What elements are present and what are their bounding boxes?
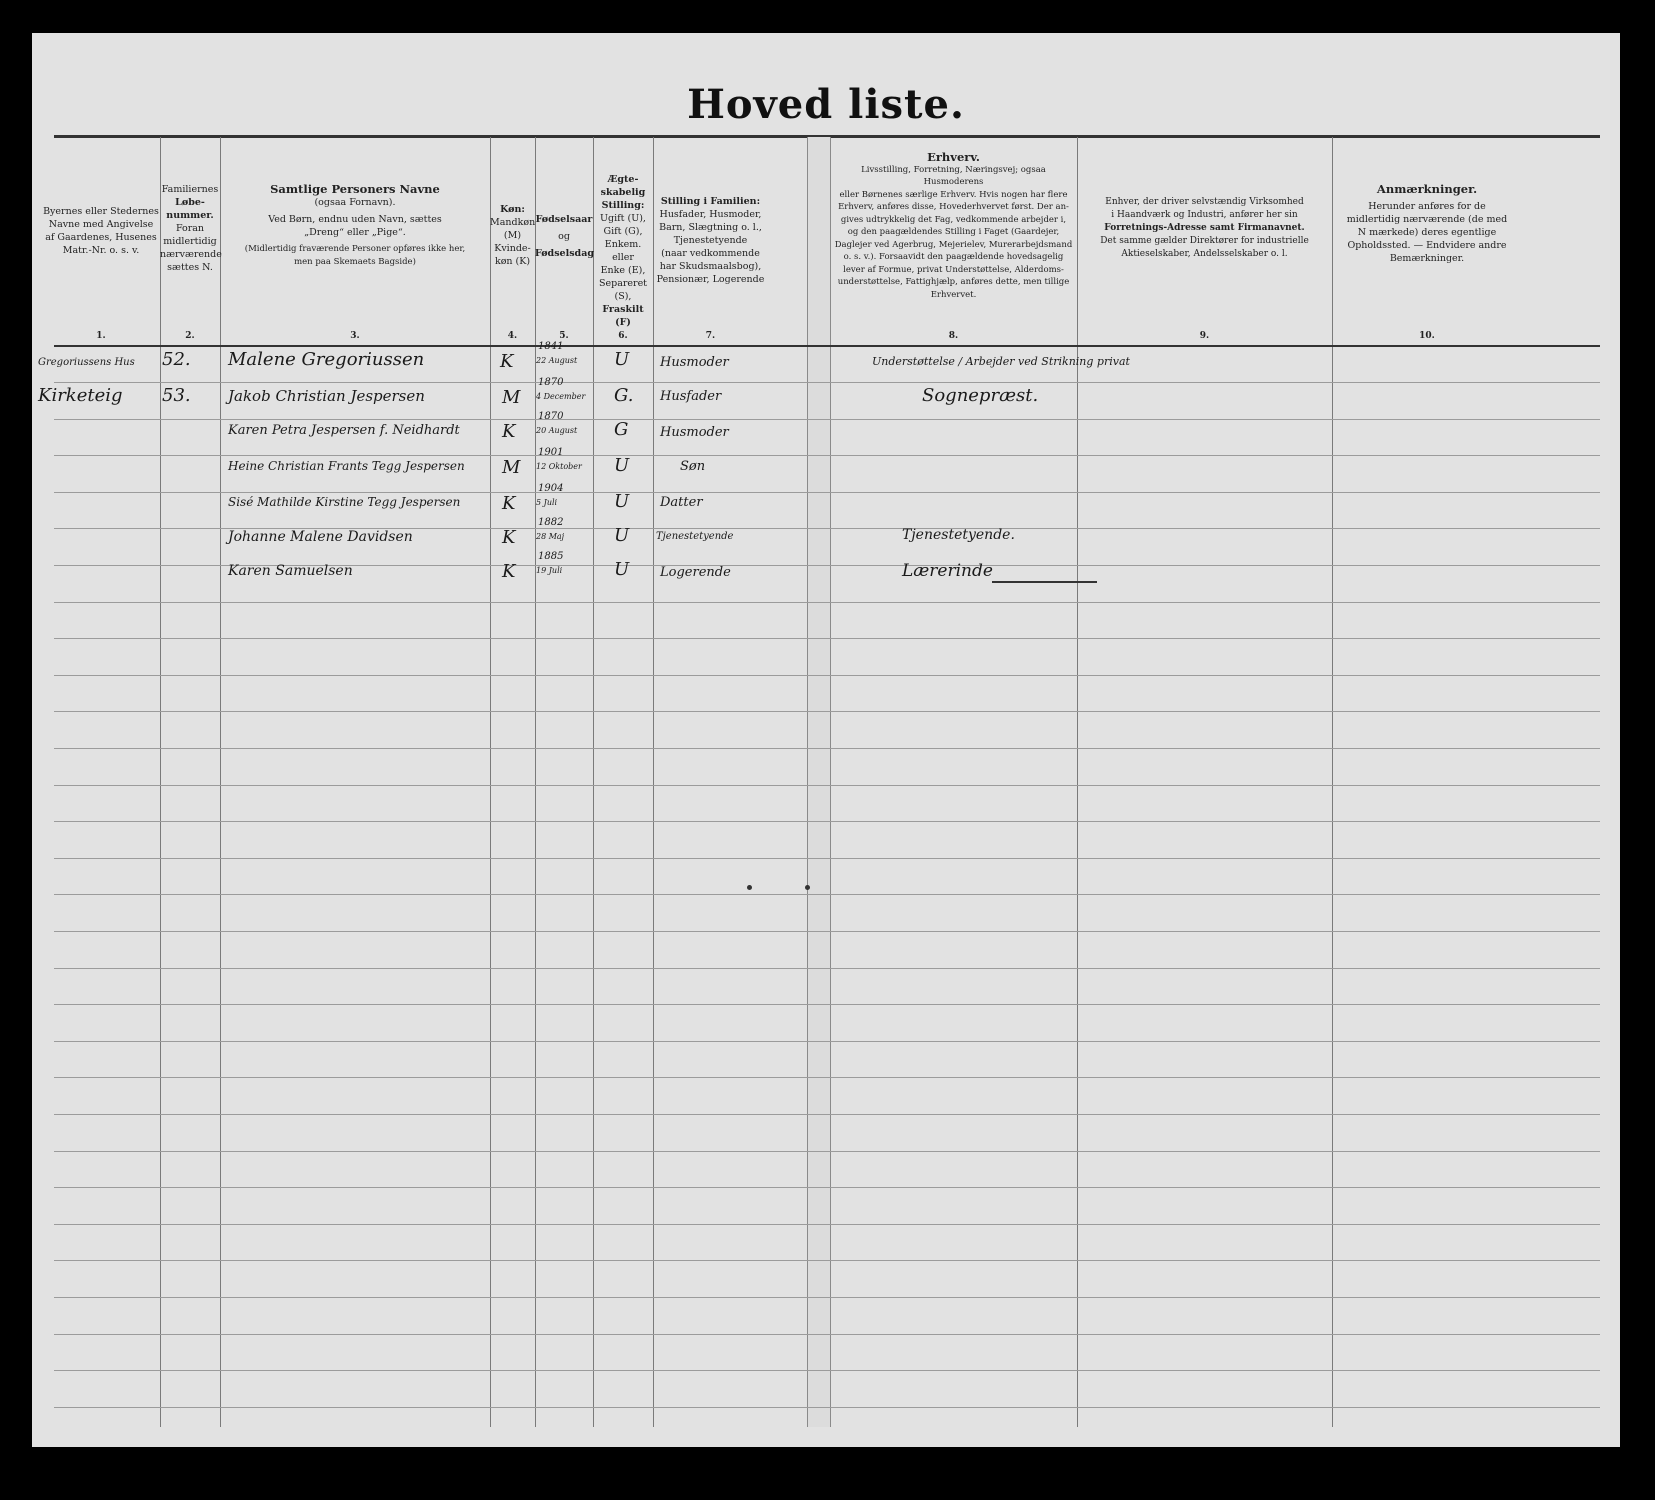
family-role-cell: Tjenestetyende [656, 531, 733, 542]
row-line [54, 492, 1600, 493]
sex-cell: K [502, 493, 515, 514]
row-line [54, 455, 1600, 456]
col-num-8: 8. [830, 331, 1077, 341]
name-cell: Malene Gregoriussen [228, 349, 424, 370]
birth-day-cell: 19 Juli [536, 566, 562, 575]
birth-year-cell: 1870 [538, 411, 563, 422]
birth-day-cell: 4 December [536, 392, 585, 401]
row-line [54, 968, 1600, 969]
row-line [54, 382, 1600, 383]
col-num-10: 10. [1332, 331, 1522, 341]
name-cell: Jakob Christian Jespersen [228, 387, 425, 405]
col-num-6: 6. [593, 331, 653, 341]
row-line [54, 1151, 1600, 1152]
col2-header: Familiernes Løbe- nummer. Foran midlerti… [160, 183, 220, 274]
row-line [54, 1297, 1600, 1298]
family-role-cell: Søn [680, 459, 705, 474]
page-title: Hoved liste. [32, 81, 1620, 128]
family-role-cell: Husfader [660, 389, 721, 404]
marital-cell: U [614, 491, 629, 512]
name-cell: Johanne Malene Davidsen [228, 529, 413, 545]
marital-cell: U [614, 455, 629, 476]
name-cell: Sisé Mathilde Kirstine Tegg Jespersen [228, 495, 460, 509]
row-line [54, 1224, 1600, 1225]
birth-year-cell: 1870 [538, 377, 563, 388]
occupation-cell: Sognepræst. [922, 385, 1038, 406]
row-line [54, 419, 1600, 420]
col9-header: Enhver, der driver selvstændig Virksomhe… [1077, 196, 1332, 261]
underline-stroke [992, 581, 1097, 583]
place-cell: Kirketeig [38, 385, 123, 406]
row-line [54, 748, 1600, 749]
row-line [54, 1187, 1600, 1188]
col-num-2: 2. [160, 331, 220, 341]
row-line [54, 638, 1600, 639]
family-role-cell: Datter [660, 495, 703, 510]
row-line [54, 1260, 1600, 1261]
col6-header: Ægte- skabelig Stilling: Ugift (U), Gift… [593, 173, 653, 329]
place-cell: Gregoriussens Hus [38, 357, 135, 368]
name-cell: Karen Samuelsen [228, 563, 353, 579]
birth-year-cell: 1904 [538, 483, 563, 494]
row-line [54, 1407, 1600, 1408]
marital-cell: G [614, 419, 628, 440]
row-line [54, 821, 1600, 822]
row-line [54, 1077, 1600, 1078]
census-page: Hoved liste. Byernes eller Stedernes Nav… [32, 33, 1620, 1447]
row-line [54, 785, 1600, 786]
row-line [54, 602, 1600, 603]
birth-day-cell: 12 Oktober [536, 462, 582, 471]
birth-year-cell: 1885 [538, 551, 563, 562]
row-line [54, 1334, 1600, 1335]
row-line [54, 1004, 1600, 1005]
marital-cell: U [614, 525, 629, 546]
birth-year-cell: 1901 [538, 447, 563, 458]
col1-header: Byernes eller Stedernes Navne med Angive… [42, 205, 160, 257]
row-line [54, 1370, 1600, 1371]
row-line [54, 931, 1600, 932]
page-seam [807, 137, 831, 1427]
name-cell: Karen Petra Jespersen f. Neidhardt [228, 423, 460, 438]
col-num-9: 9. [1077, 331, 1332, 341]
birth-day-cell: 20 August [536, 426, 577, 435]
occupation-cell: Lærerinde [902, 561, 993, 581]
punch-mark [805, 885, 810, 890]
col-num-4: 4. [490, 331, 535, 341]
sex-cell: K [502, 527, 515, 548]
col4-header: Køn: Mandkøn (M) Kvinde- køn (K) [490, 203, 535, 268]
family-no-cell: 52. [162, 349, 191, 370]
col-num-1: 1. [42, 331, 160, 341]
col-num-5: 5. [535, 331, 593, 341]
sex-cell: K [502, 421, 515, 442]
row-line [54, 711, 1600, 712]
sex-cell: M [502, 387, 520, 408]
row-line [54, 1041, 1600, 1042]
sex-cell: M [502, 457, 520, 478]
col10-header: Anmærkninger. Herunder anføres for de mi… [1332, 183, 1522, 265]
name-cell: Heine Christian Frants Tegg Jespersen [228, 459, 465, 473]
row-line [54, 894, 1600, 895]
birth-day-cell: 5 Juli [536, 498, 557, 507]
birth-day-cell: 22 August [536, 356, 577, 365]
row-line [54, 858, 1600, 859]
marital-cell: U [614, 559, 629, 580]
sex-cell: K [502, 561, 515, 582]
birth-day-cell: 28 Maj [536, 532, 564, 541]
col7-header: Stilling i Familien: Husfader, Husmoder,… [653, 195, 768, 286]
marital-cell: G. [614, 385, 633, 406]
col5-header: Fødselsaar og Fødselsdag [535, 213, 593, 260]
col8-header: Erhverv. Livsstilling, Forretning, Nærin… [830, 151, 1077, 301]
header-rule [54, 345, 1600, 347]
family-role-cell: Husmoder [660, 355, 729, 370]
row-line [54, 1114, 1600, 1115]
col-num-3: 3. [220, 331, 490, 341]
sex-cell: K [500, 351, 513, 372]
family-role-cell: Logerende [660, 565, 731, 580]
birth-year-cell: 1882 [538, 517, 563, 528]
row-line [54, 675, 1600, 676]
marital-cell: U [614, 349, 629, 370]
col-num-7: 7. [653, 331, 768, 341]
occupation-cell: Tjenestetyende. [902, 527, 1015, 543]
col3-header: Samtlige Personers Navne (ogsaa Fornavn)… [220, 183, 490, 269]
family-role-cell: Husmoder [660, 425, 729, 440]
family-no-cell: 53. [162, 385, 191, 406]
birth-year-cell: 1841 [538, 341, 563, 352]
occupation-cell: Understøttelse / Arbejder ved Strikning … [872, 355, 1130, 368]
punch-mark [747, 885, 752, 890]
